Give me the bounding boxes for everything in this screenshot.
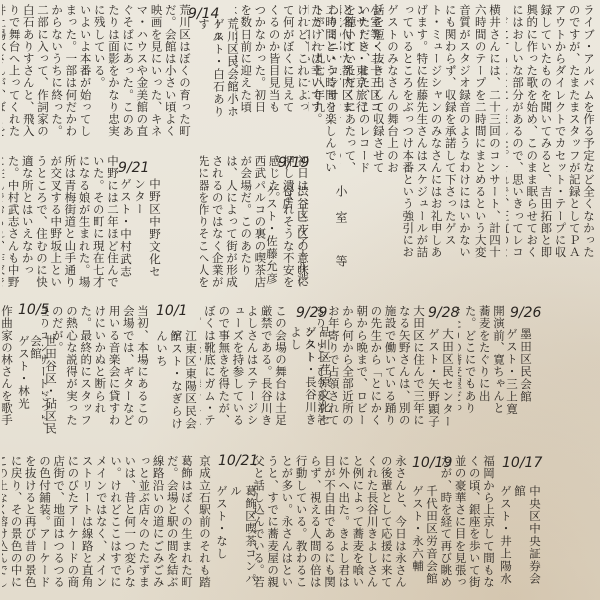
preface-paragraph-1: 小室等・二十三区コンサート・東京旅行と名付けた都内区まわりミニ・コンサートが、一… xyxy=(308,4,383,124)
entry-date: 10/1 xyxy=(156,303,187,319)
entry-venue: 墨田区民会館 xyxy=(518,328,533,428)
entry-text: 中野には二年ほど住んでいた。その町に現在七才になる娘が生まれた。場所は青梅街道と… xyxy=(2,155,120,295)
entry-text: 京成立石駅前のそれも踏切の真ん前にある喫茶店が会場である。 xyxy=(196,455,212,595)
entry-guest: ゲスト・林光 xyxy=(16,335,31,435)
entry-venue: 大田区民センター xyxy=(440,328,455,428)
intro-paragraph-1: ライブ・アルバムを作る予定など全くなかったのですが、たまたまスタッフが記録として… xyxy=(506,4,596,264)
entry-venue: 世田谷区・砧区民会館 xyxy=(28,335,58,435)
signature: 小室 等 xyxy=(333,185,350,295)
entry-guest: ゲスト・中村武志 xyxy=(118,178,133,288)
entry-venue: 中央区中央証券会館 xyxy=(512,485,542,595)
intro-paragraph-3: 音質がスタジオ録音のようなわけにはいかないにも関わらず、収録を承諾して下さったゲ… xyxy=(400,4,472,264)
scanned-page: ライブ・アルバムを作る予定など全くなかったのですが、たまたまスタッフが記録として… xyxy=(0,0,600,600)
entry-text: この会場の舞台は土足厳禁である。長谷川きよしさんはステージシューズを持参している… xyxy=(200,305,288,435)
entry-guest: ゲスト・井上陽水 xyxy=(498,485,513,595)
entry-venue: 葛飾区喫茶コンパル xyxy=(228,485,258,595)
entry-text: 大田区に住んで三年になる矢野さんは、別の施設で働いている踊りの先生から「とにかく… xyxy=(318,305,426,430)
entry-guest: ゲスト・永六輔 xyxy=(410,485,425,595)
entry-text: 荒川区はぼくの育った町だ。会館は小さい頃よく映画を見にいった、キネマ・ハウスや金… xyxy=(2,4,192,144)
entry-date: 9/26 xyxy=(510,305,541,321)
entry-guest: ゲスト・長谷川きよし xyxy=(288,326,318,436)
preface-paragraph-2: けれど、これによって何がぼくに見えてくるのか皆目見当もつかなかった。初日を数日前… xyxy=(235,4,310,124)
right-edge-text xyxy=(548,455,598,595)
katsushika-continuation: 葛飾はぼくの生まれた町だ。会場と駅の間を結ぶ線路沿いの道にごみごみっと並ぶ店々の… xyxy=(2,455,194,597)
entry-date: 10/5 xyxy=(18,302,49,318)
entry-guest: ゲスト・三上寛 xyxy=(504,328,519,428)
entry-text: 作曲家の林さんを歌手として招くなど、はなはだ恐縮なことだが、林さんは気持ちよく引… xyxy=(0,305,14,435)
entry-venue: 中野区中野文化センター xyxy=(132,178,162,288)
entry-date: 9/28 xyxy=(428,305,459,321)
entry-text: 当初、本場にあるこの会場では、ギターなど用いる音楽会に貸すわけにいかぬと断られた… xyxy=(42,305,150,435)
entry-text: 福岡から上京して間もなくの頃、銀座を歩いて街並の豪華さに目を見張ったが、時を経て… xyxy=(440,455,496,595)
entry-date: 10/19 xyxy=(412,455,452,471)
entry-text: 永さんと、今日は永さんの後輩として応援に来てくれた長谷川きよしさんと例によって蕎… xyxy=(252,455,408,595)
entry-guest: ゲスト・矢野顕子 xyxy=(426,328,441,428)
entry-guest: ゲスト・なし xyxy=(214,485,229,595)
entry-date: 10/21 xyxy=(218,453,258,469)
entry-date: 9/29 xyxy=(296,305,327,321)
entry-venue: 千代田区労音会館 xyxy=(424,485,439,595)
entry-text: 開演前、寛ちゃんと蕎麦をたぐりに出た。どこにでもありきたりの蕎麦屋だったけど旨か… xyxy=(458,305,506,425)
entry-date: 10/17 xyxy=(502,455,542,471)
entry-guest: ゲスト・なぎらけんいち xyxy=(154,330,184,440)
entry-date: 9/21 xyxy=(118,160,149,176)
intro-paragraph-2: 横井さんには、二十三回のコンサート、計四十六時間のテープを二時間にまとめるという… xyxy=(474,4,502,264)
entry-guest: ゲスト・白石ありす xyxy=(196,18,226,128)
entry-text: 初日は二十三区の意味に押し潰されそうな不安を感じた。 西武パルコの裏の喫茶店が会… xyxy=(200,155,310,295)
